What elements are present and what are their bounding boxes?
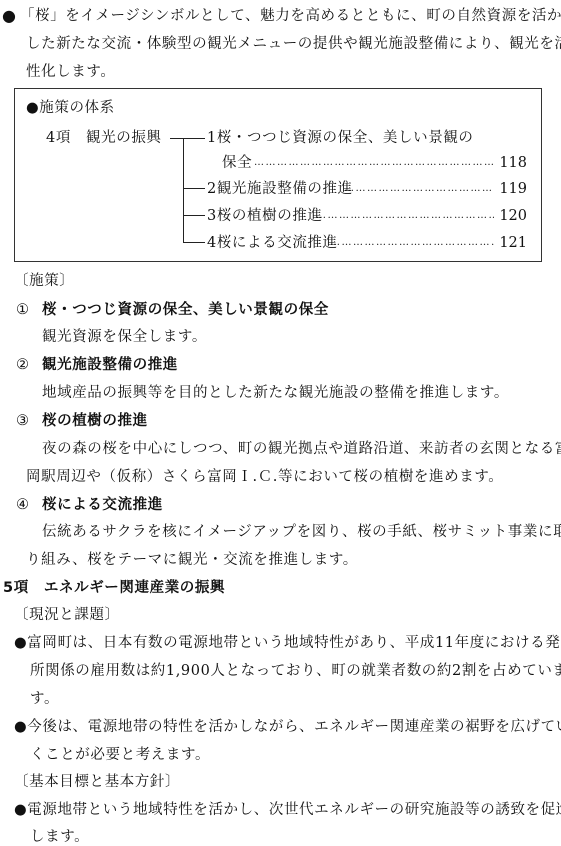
measure-body: 地域産品の振興等を目的とした新たな観光施設の整備を推進します。	[42, 383, 509, 403]
current-heading: 〔現況と課題〕	[14, 605, 120, 625]
toc-item-3: 3桜の植樹の推進	[207, 206, 323, 226]
measure-body: り組み、桜をテーマに観光・交流を推進します。	[26, 550, 358, 570]
tree-connector-trunk	[183, 138, 184, 242]
intro-line: 「桜」をイメージシンボルとして、魅力を高めるとともに、町の自然資源を活か	[20, 6, 561, 26]
measure-number: ①	[16, 300, 30, 320]
current-bullet-line: ●富岡町は、日本有数の電源地帯という地域特性があり、平成11年度における発電	[14, 633, 561, 653]
measure-title: 観光施設整備の推進	[42, 355, 178, 375]
measure-title: 桜の植樹の推進	[42, 411, 148, 431]
bullet-icon: ●	[2, 6, 17, 26]
page-number: 120	[497, 206, 527, 226]
measure-number: ④	[16, 495, 30, 515]
tree-branch	[183, 215, 205, 216]
measure-body: 伝統あるサクラを核にイメージアップを図り、桜の手紙、桜サミット事業に取	[42, 522, 561, 542]
measure-title: 桜・つつじ資源の保全、美しい景観の保全	[42, 300, 329, 320]
measure-number: ③	[16, 411, 30, 431]
goals-bullet-line: ●電源地帯という地域特性を活かし、次世代エネルギーの研究施設等の誘致を促進	[14, 800, 561, 820]
current-bullet-line: す。	[30, 689, 59, 709]
toc-item-1-line1: 1桜・つつじ資源の保全、美しい景観の	[207, 128, 474, 148]
goals-bullet-line: します。	[30, 827, 89, 846]
measures-heading: 〔施策〕	[14, 271, 74, 291]
page-number: 121	[497, 233, 527, 253]
page-number: 119	[497, 179, 527, 199]
toc-item-1-line2: 保全	[222, 153, 252, 173]
section-5-title: 5項 エネルギー関連産業の振興	[3, 578, 225, 598]
measure-body: 観光資源を保全します。	[42, 327, 207, 347]
section-label: 4項 観光の振興	[46, 128, 162, 148]
toc-item-2: 2観光施設整備の推進	[207, 179, 353, 199]
tree-branch	[183, 188, 205, 189]
current-bullet-line: ●今後は、電源地帯の特性を活かしながら、エネルギー関連産業の裾野を広げてい	[14, 717, 561, 737]
leader-dots: ……………………………………………………………………	[330, 233, 494, 253]
intro-line: 性化します。	[26, 62, 115, 82]
measure-number: ②	[16, 355, 30, 375]
measure-body: 岡駅周辺や（仮称）さくら富岡Ｉ.Ｃ.等において桜の植樹を進めます。	[26, 467, 503, 487]
goals-heading: 〔基本目標と基本方針〕	[14, 772, 180, 792]
current-bullet-line: 所関係の雇用数は約1,900人となっており、町の就業者数の約2割を占めていま	[30, 661, 561, 681]
toc-item-4: 4桜による交流推進	[207, 233, 338, 253]
box-heading: ●施策の体系	[26, 98, 115, 118]
intro-line: した新たな交流・体験型の観光メニューの提供や観光施設整備により、観光を活	[26, 34, 561, 54]
measure-body: 夜の森の桜を中心にしつつ、町の観光拠点や道路沿道、来訪者の玄関となる富	[42, 439, 561, 459]
leader-dots: ……………………………………………………………………	[316, 206, 494, 226]
tree-branch	[183, 242, 205, 243]
page-number: 118	[497, 153, 527, 173]
leader-dots: ……………………………………………………………………	[344, 179, 494, 199]
current-bullet-line: くことが必要と考えます。	[30, 745, 210, 765]
measure-title: 桜による交流推進	[42, 495, 163, 515]
leader-dots: ……………………………………………………………………	[254, 153, 494, 173]
tree-connector-horizontal	[170, 138, 205, 139]
